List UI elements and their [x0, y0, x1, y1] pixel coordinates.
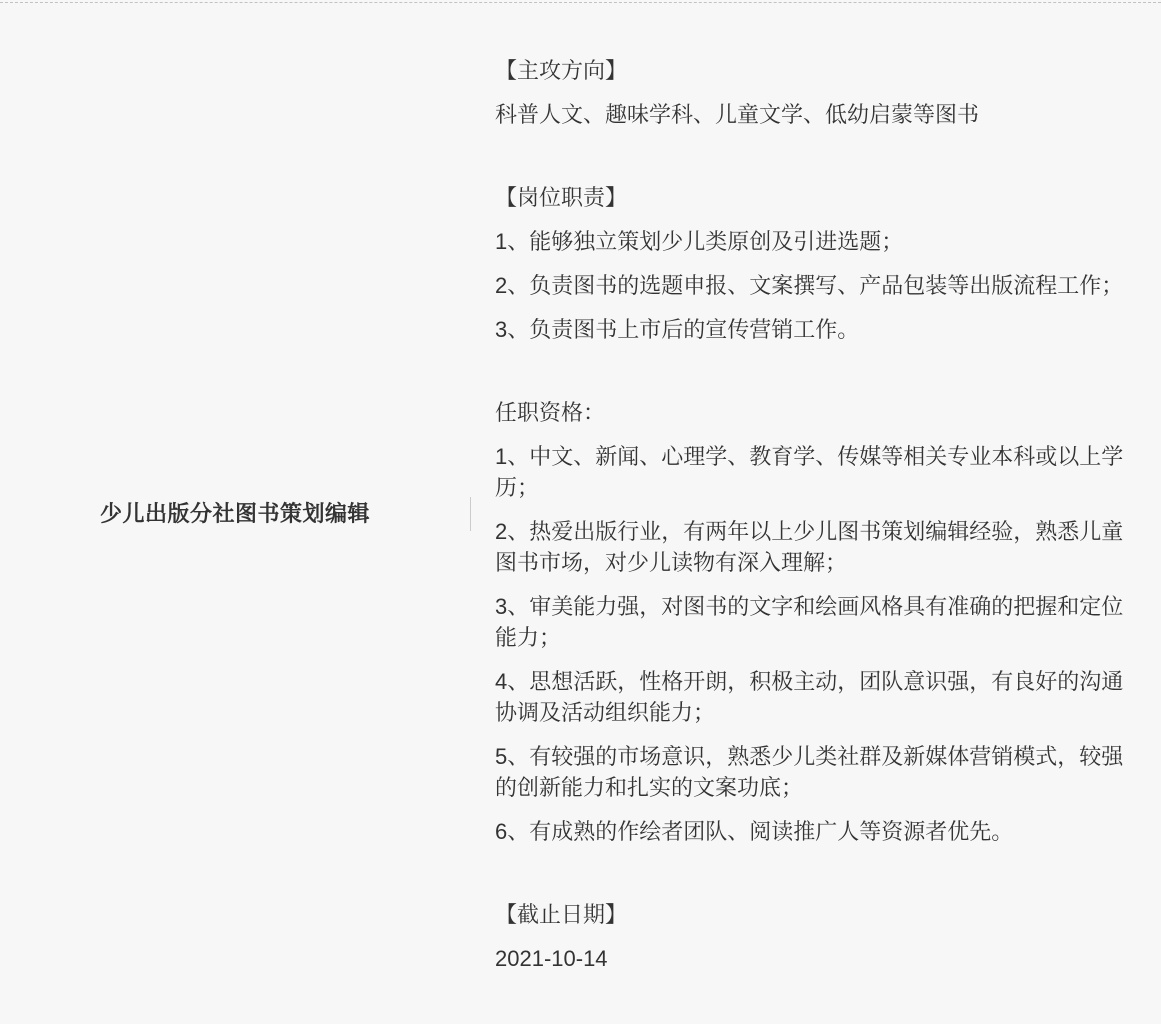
detail-paragraph: 6、有成熟的作绘者团队、阅读推广人等资源者优先。 — [495, 816, 1145, 847]
detail-paragraph: 5、有较强的市场意识，熟悉少儿类社群及新媒体营销模式，较强的创新能力和扎实的文案… — [495, 741, 1145, 803]
detail-paragraph: 2、负责图书的选题申报、文案撰写、产品包装等出版流程工作； — [495, 270, 1145, 301]
job-listing-page: 少儿出版分社图书策划编辑 【主攻方向】科普人文、趣味学科、儿童文学、低幼启蒙等图… — [0, 0, 1161, 1024]
detail-paragraph: 3、负责图书上市后的宣传营销工作。 — [495, 314, 1145, 345]
job-title-cell: 少儿出版分社图书策划编辑 — [0, 3, 470, 1024]
detail-paragraph: 任职资格： — [495, 397, 1145, 428]
job-title[interactable]: 少儿出版分社图书策划编辑 — [100, 500, 370, 528]
detail-paragraph: 1、中文、新闻、心理学、教育学、传媒等相关专业本科或以上学历； — [495, 441, 1145, 503]
detail-paragraph: 1、能够独立策划少儿类原创及引进选题； — [495, 226, 1145, 257]
detail-paragraph: 3、审美能力强，对图书的文字和绘画风格具有准确的把握和定位能力； — [495, 591, 1145, 653]
detail-paragraph: 【截止日期】 — [495, 899, 1145, 930]
job-detail-panel: 少儿出版分社图书策划编辑 【主攻方向】科普人文、趣味学科、儿童文学、低幼启蒙等图… — [0, 2, 1161, 1024]
detail-paragraph: 【岗位职责】 — [495, 182, 1145, 213]
detail-paragraph: 2、热爱出版行业，有两年以上少儿图书策划编辑经验，熟悉儿童图书市场，对少儿读物有… — [495, 516, 1145, 578]
detail-paragraph: 2021-10-14 — [495, 943, 1145, 974]
job-description: 【主攻方向】科普人文、趣味学科、儿童文学、低幼启蒙等图书【岗位职责】1、能够独立… — [471, 3, 1161, 1024]
detail-paragraph: 4、思想活跃，性格开朗，积极主动，团队意识强，有良好的沟通协调及活动组织能力； — [495, 666, 1145, 728]
detail-paragraph: 科普人文、趣味学科、儿童文学、低幼启蒙等图书 — [495, 99, 1145, 130]
detail-paragraph: 【主攻方向】 — [495, 55, 1145, 86]
